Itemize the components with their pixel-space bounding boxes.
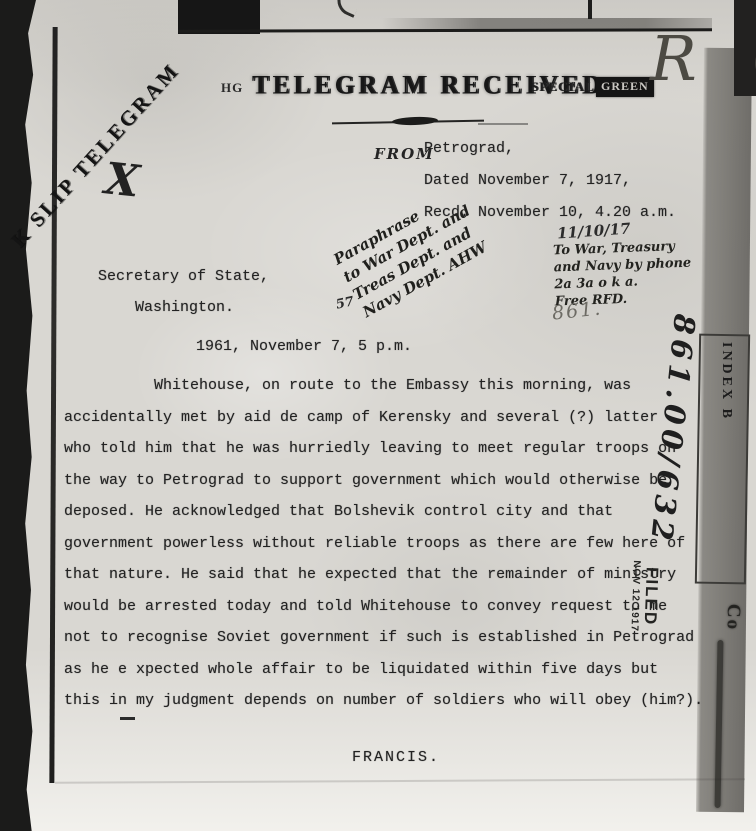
typist-correction-dash: [120, 717, 135, 720]
body-line: this in my judgment depends on number of…: [64, 685, 712, 717]
filed-stamp: FILED NOV 12 1917: [628, 559, 662, 634]
addressee-line1: Secretary of State,: [98, 268, 269, 285]
body-line: would be arrested today and told Whiteho…: [64, 591, 712, 623]
signature: FRANCIS.: [352, 749, 440, 766]
body-line: who told him that he was hurriedly leavi…: [64, 433, 712, 465]
scan-line-top: [178, 28, 712, 32]
title-divider-tail: [478, 123, 528, 125]
title-divider-blot: [392, 116, 438, 126]
telegram-number-line: 1961, November 7, 5 p.m.: [196, 338, 412, 355]
pink-slip-telegram-stamp: K SLIP TELEGRAM: [6, 58, 185, 253]
body-line: deposed. He acknowledged that Bolshevik …: [64, 496, 712, 528]
green-stamp: GREEN: [596, 77, 654, 97]
body-line: Whitehouse, on route to the Embassy this…: [64, 370, 712, 402]
left-margin-rule: [49, 27, 57, 783]
scan-edge-left: [0, 0, 36, 831]
body-line: that nature. He said that he expected th…: [64, 559, 712, 591]
paper-crease: [55, 778, 745, 784]
cursive-stroke-fragment: [332, 0, 360, 18]
origin-city: Petrograd,: [424, 140, 514, 157]
body-line: government powerless without reliable tr…: [64, 528, 712, 560]
message-body: Whitehouse, on route to the Embassy this…: [64, 370, 712, 717]
edge-smudged-word: Co: [722, 604, 744, 632]
body-line: the way to Petrograd to support governme…: [64, 465, 712, 497]
pencil-file-number: 861.: [551, 297, 603, 324]
addressee-line2: Washington.: [135, 299, 234, 316]
diagonal-scribble-mark: 57: [335, 294, 356, 312]
special-stamp: SPECIAL: [531, 79, 594, 95]
body-line: as he e xpected whole affair to be liqui…: [64, 654, 712, 686]
index-bureau-stamp: INDEX B: [718, 342, 734, 421]
filed-stamp-word: FILED: [639, 559, 662, 634]
scan-tick-top: [588, 0, 592, 19]
paraphrase-diagonal-note: Paraphrase to War Dept. and Treas Dept. …: [330, 138, 574, 322]
handwritten-check-mark: X: [102, 153, 141, 207]
telegram-scan-page: K SLIP TELEGRAM HG TELEGRAM RECEIVED. SP…: [0, 0, 756, 831]
code-mark: HG: [221, 80, 243, 96]
body-line: not to recognise Soviet government if su…: [64, 622, 712, 654]
corner-initials: R G: [650, 22, 756, 95]
body-line: accidentally met by aid de camp of Keren…: [64, 402, 712, 434]
